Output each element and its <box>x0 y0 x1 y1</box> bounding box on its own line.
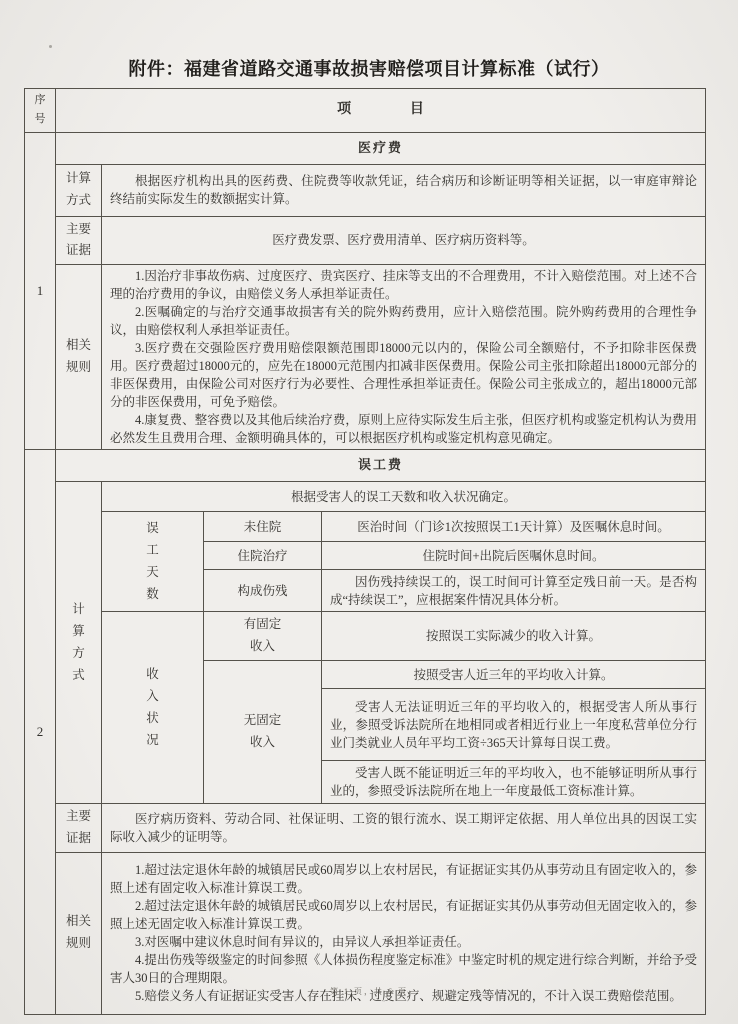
scanned-document-page: 附件：福建省道路交通事故损害赔偿项目计算标准（试行） 序号 项 目 1 医疗费 … <box>0 0 738 1024</box>
section2-calc-label: 计算方式 <box>72 599 85 687</box>
days-group-label-cell: 误工天数 <box>102 512 204 612</box>
days-disability-label: 构成伤残 <box>204 570 322 612</box>
rule-paragraph: 3.医疗费在交强险医疗费用赔偿限额范围即18000元以内的，保险公司全额赔付，不… <box>110 339 697 411</box>
scan-speck <box>49 45 52 48</box>
income-fixed-row: 收入状况 有固定收入 按照误工实际减少的收入计算。 <box>25 612 706 661</box>
income-unfixed-label: 无固定收入 <box>242 710 283 754</box>
section1-calc-text-cell: 根据医疗机构出具的医药费、住院费等收款凭证，结合病历和诊断证明等相关证据，以一审… <box>102 164 706 216</box>
section2-serial: 2 <box>25 450 56 1015</box>
income-group-label-cell: 收入状况 <box>102 612 204 804</box>
section1-calc-label-cell: 计算方式 <box>56 164 102 216</box>
section2-overview-cell: 根据受害人的误工天数和收入状况确定。 <box>102 482 706 512</box>
income-fixed-text: 按照误工实际减少的收入计算。 <box>322 612 706 661</box>
days-row-outpatient: 误工天数 未住院 医治时间（门诊1次按照误工1天计算）及医嘱休息时间。 <box>25 512 706 542</box>
days-outpatient-label: 未住院 <box>204 512 322 542</box>
table-header-row: 序号 项 目 <box>25 89 706 133</box>
section1-rules-label: 相关规则 <box>65 335 93 379</box>
page-footer: 第 1 页，共 6 页 <box>0 986 738 997</box>
section2-calc-label-cell: 计算方式 <box>56 482 102 804</box>
header-item-label: 项 目 <box>337 102 446 117</box>
income-unfixed-text-3: 受害人既不能证明近三年的平均收入，也不能够证明所从事行业的，参照受诉法院所在地上… <box>330 764 697 800</box>
rule-paragraph: 4.康复费、整容费以及其他后续治疗费，原则上应待实际发生后主张，但医疗机构或鉴定… <box>110 411 697 447</box>
income-unfixed-label-cell: 无固定收入 <box>204 661 322 804</box>
section1-calc-label: 计算方式 <box>65 168 93 212</box>
income-unfixed-text-1: 按照受害人近三年的平均收入计算。 <box>322 661 706 689</box>
header-serial-cell: 序号 <box>25 89 56 133</box>
days-group-label: 误工天数 <box>146 518 159 606</box>
days-hospitalized-label: 住院治疗 <box>204 542 322 570</box>
page-title: 附件：福建省道路交通事故损害赔偿项目计算标准（试行） <box>0 55 738 81</box>
days-disability-text: 因伤残持续误工的，误工时间可计算至定残日前一天。是否构成“持续误工”，应根据案件… <box>330 573 697 609</box>
section2-evidence-label-cell: 主要证据 <box>56 804 102 853</box>
income-unfixed-text-2: 受害人无法证明近三年的平均收入的，根据受害人所从事行业，参照受诉法院所在地相同或… <box>330 698 697 752</box>
section1-evidence-text-cell: 医疗费发票、医疗费用清单、医疗病历资料等。 <box>102 216 706 265</box>
section2-title-row: 2 误工费 <box>25 450 706 482</box>
income-group-label: 收入状况 <box>146 664 159 752</box>
rule-paragraph: 1.超过法定退休年龄的城镇居民或60周岁以上农村居民，有证据证实其仍从事劳动且有… <box>110 861 697 897</box>
income-unfixed-text-2-cell: 受害人无法证明近三年的平均收入的，根据受害人所从事行业，参照受诉法院所在地相同或… <box>322 689 706 761</box>
section1-rules-label-cell: 相关规则 <box>56 265 102 450</box>
section1-title-row: 1 医疗费 <box>25 132 706 164</box>
section1-title: 医疗费 <box>56 132 706 164</box>
rule-paragraph: 2.超过法定退休年龄的城镇居民或60周岁以上农村居民，有证据证实其仍从事劳动但无… <box>110 897 697 933</box>
section1-evidence-row: 主要证据 医疗费发票、医疗费用清单、医疗病历资料等。 <box>25 216 706 265</box>
section1-evidence-label: 主要证据 <box>65 219 93 263</box>
days-outpatient-text: 医治时间（门诊1次按照误工1天计算）及医嘱休息时间。 <box>322 512 706 542</box>
section2-evidence-text: 医疗病历资料、劳动合同、社保证明、工资的银行流水、误工期评定依据、用人单位出具的… <box>110 810 697 846</box>
section1-evidence-label-cell: 主要证据 <box>56 216 102 265</box>
income-fixed-label-cell: 有固定收入 <box>204 612 322 661</box>
section2-overview-row: 计算方式 根据受害人的误工天数和收入状况确定。 <box>25 482 706 512</box>
compensation-standard-table: 序号 项 目 1 医疗费 计算方式 根据医疗机构出具的医药费、住院费等收款凭证，… <box>24 88 706 1015</box>
days-hospitalized-text: 住院时间+出院后医嘱休息时间。 <box>322 542 706 570</box>
days-disability-text-cell: 因伤残持续误工的，误工时间可计算至定残日前一天。是否构成“持续误工”，应根据案件… <box>322 570 706 612</box>
section2-evidence-row: 主要证据 医疗病历资料、劳动合同、社保证明、工资的银行流水、误工期评定依据、用人… <box>25 804 706 853</box>
section1-serial: 1 <box>25 132 56 450</box>
section2-rules-label: 相关规则 <box>65 911 93 955</box>
section2-overview-text: 根据受害人的误工天数和收入状况确定。 <box>291 490 516 504</box>
rule-paragraph: 4.提出伤残等级鉴定的时间参照《人体损伤程度鉴定标准》中鉴定时机的规定进行综合判… <box>110 951 697 987</box>
income-unfixed-text-3-cell: 受害人既不能证明近三年的平均收入，也不能够证明所从事行业的，参照受诉法院所在地上… <box>322 761 706 804</box>
header-serial-label: 序号 <box>34 91 46 130</box>
rule-paragraph: 2.医嘱确定的与治疗交通事故损害有关的院外购药费用，应计入赔偿范围。院外购药费用… <box>110 303 697 339</box>
section2-title: 误工费 <box>56 450 706 482</box>
section1-evidence-text: 医疗费发票、医疗费用清单、医疗病历资料等。 <box>272 233 535 247</box>
section1-rules-row: 相关规则 1.因治疗非事故伤病、过度医疗、贵宾医疗、挂床等支出的不合理费用，不计… <box>25 265 706 450</box>
section1-rules-cell: 1.因治疗非事故伤病、过度医疗、贵宾医疗、挂床等支出的不合理费用，不计入赔偿范围… <box>102 265 706 450</box>
section1-calc-row: 计算方式 根据医疗机构出具的医药费、住院费等收款凭证，结合病历和诊断证明等相关证… <box>25 164 706 216</box>
income-fixed-label: 有固定收入 <box>242 614 283 658</box>
section2-evidence-text-cell: 医疗病历资料、劳动合同、社保证明、工资的银行流水、误工期评定依据、用人单位出具的… <box>102 804 706 853</box>
rule-paragraph: 1.因治疗非事故伤病、过度医疗、贵宾医疗、挂床等支出的不合理费用，不计入赔偿范围… <box>110 267 697 303</box>
rule-paragraph: 3.对医嘱中建议休息时间有异议的，由异议人承担举证责任。 <box>110 933 697 951</box>
section2-evidence-label: 主要证据 <box>65 806 93 850</box>
header-item-cell: 项 目 <box>56 89 706 133</box>
section1-calc-text: 根据医疗机构出具的医药费、住院费等收款凭证，结合病历和诊断证明等相关证据，以一审… <box>110 172 697 208</box>
